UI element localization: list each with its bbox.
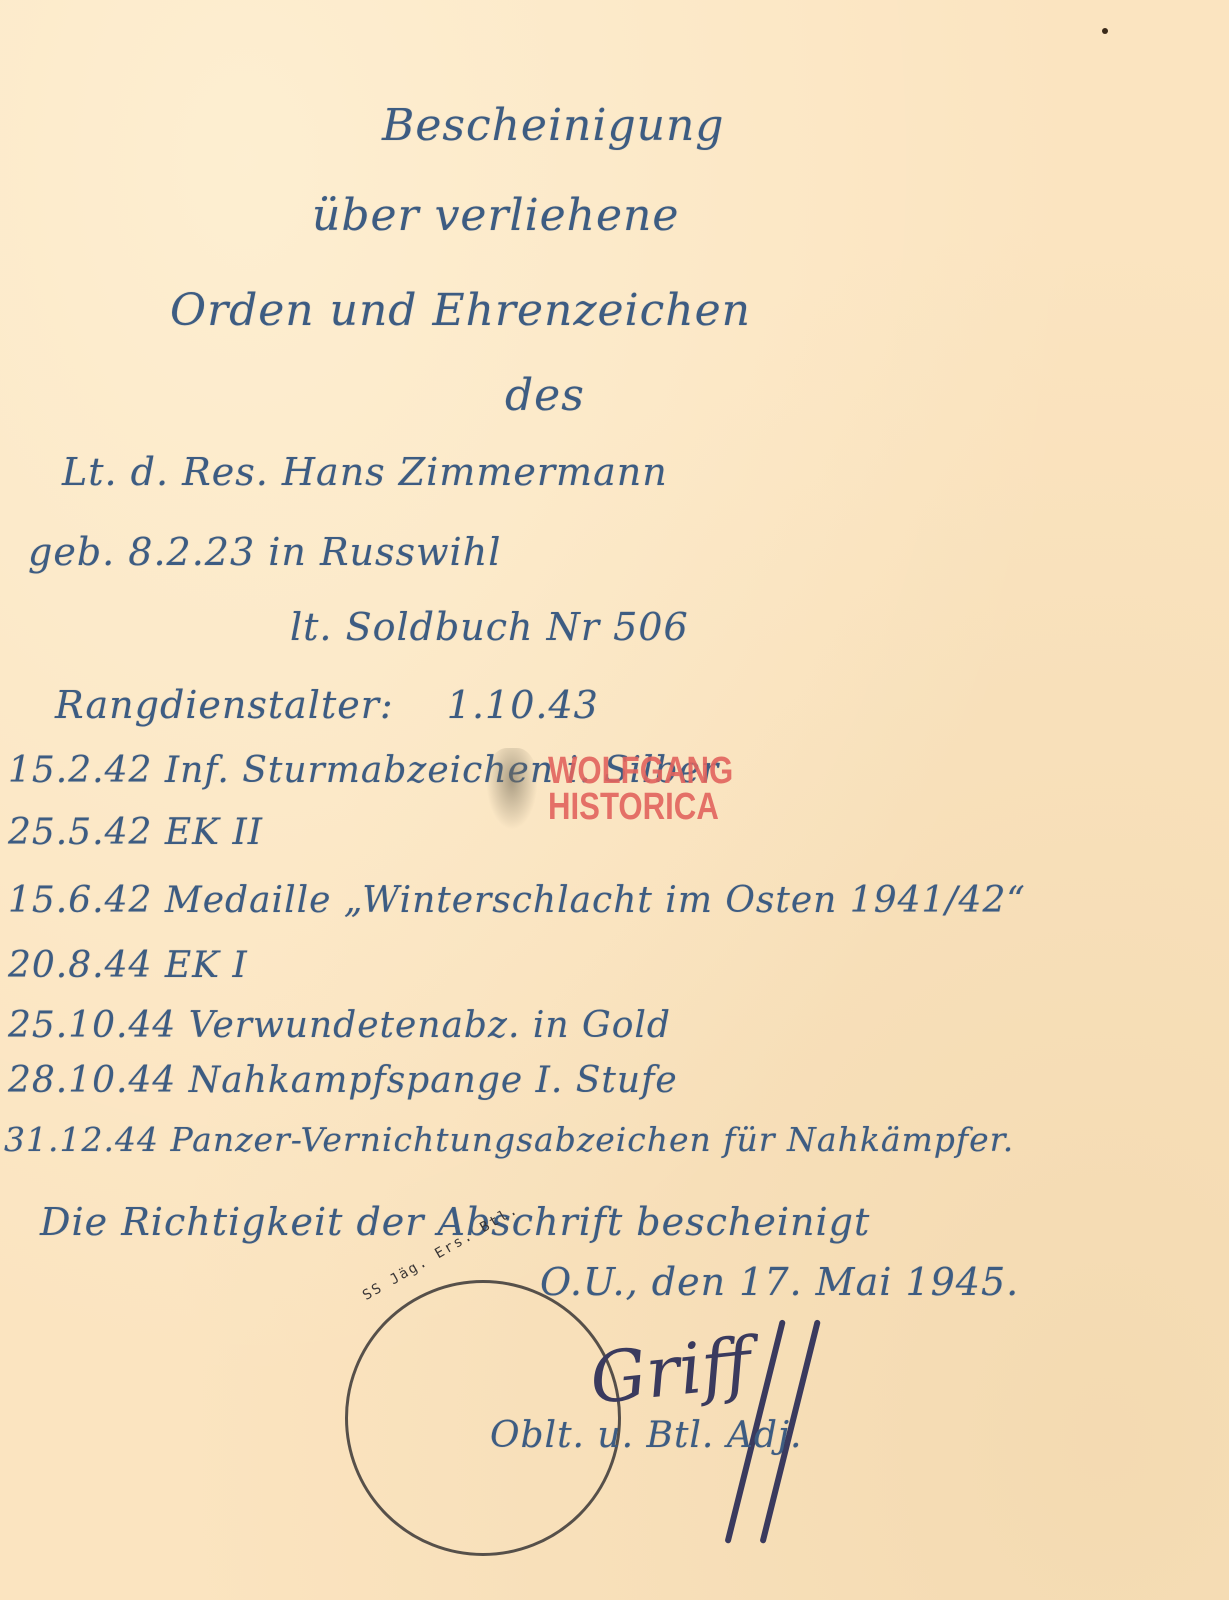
award-row: 31.12.44 Panzer-Vernichtungsabzeichen fü… — [4, 1120, 1014, 1159]
watermark: WOLFGANG HISTORICA — [486, 748, 774, 830]
signatory-title: Oblt. u. Btl. Adj. — [490, 1415, 802, 1456]
award-row: 15.6.42 Medaille „Winterschlacht im Oste… — [8, 880, 1026, 921]
watermark-line-2: HISTORICA — [548, 789, 733, 825]
wolf-head-icon — [486, 748, 538, 830]
title-line-3: Orden und Ehrenzeichen — [170, 285, 751, 336]
person-soldbuch: lt. Soldbuch Nr 506 — [290, 605, 689, 649]
award-row: 25.10.44 Verwundetenabz. in Gold — [8, 1005, 671, 1046]
award-date: 15.6.42 — [8, 880, 152, 921]
signature: Griff — [586, 1322, 755, 1420]
person-name: Lt. d. Res. Hans Zimmermann — [62, 450, 668, 494]
person-birth: geb. 8.2.23 in Russwihl — [28, 530, 501, 574]
award-date: 28.10.44 — [8, 1060, 176, 1101]
award-row: 28.10.44 Nahkampfspange I. Stufe — [8, 1060, 678, 1101]
title-line-2: über verliehene — [312, 190, 679, 241]
award-name: Medaille „Winterschlacht im Osten 1941/4… — [165, 880, 1026, 921]
award-name: Nahkampfspange I. Stufe — [189, 1060, 678, 1101]
award-date: 31.12.44 — [4, 1120, 159, 1159]
rank-seniority-value: 1.10.43 — [447, 683, 599, 727]
award-date: 25.5.42 — [8, 812, 152, 853]
rank-seniority-label: Rangdienstalter: — [55, 683, 394, 727]
place-date: O.U., den 17. Mai 1945. — [540, 1260, 1019, 1304]
award-name: Panzer-Vernichtungsabzeichen für Nahkämp… — [170, 1120, 1014, 1159]
rank-seniority: Rangdienstalter: 1.10.43 — [55, 683, 599, 727]
award-date: 15.2.42 — [8, 750, 152, 791]
award-name: EK I — [165, 945, 248, 986]
award-name: EK II — [165, 812, 263, 853]
watermark-line-1: WOLFGANG — [548, 753, 733, 789]
award-date: 20.8.44 — [8, 945, 152, 986]
title-line-1: Bescheinigung — [382, 100, 724, 151]
watermark-text: WOLFGANG HISTORICA — [548, 753, 733, 825]
award-date: 25.10.44 — [8, 1005, 176, 1046]
award-name: Verwundetenabz. in Gold — [189, 1005, 671, 1046]
award-row: 25.5.42 EK II — [8, 812, 263, 853]
award-row: 20.8.44 EK I — [8, 945, 248, 986]
title-line-4: des — [505, 370, 585, 421]
ink-spot — [1102, 28, 1108, 34]
